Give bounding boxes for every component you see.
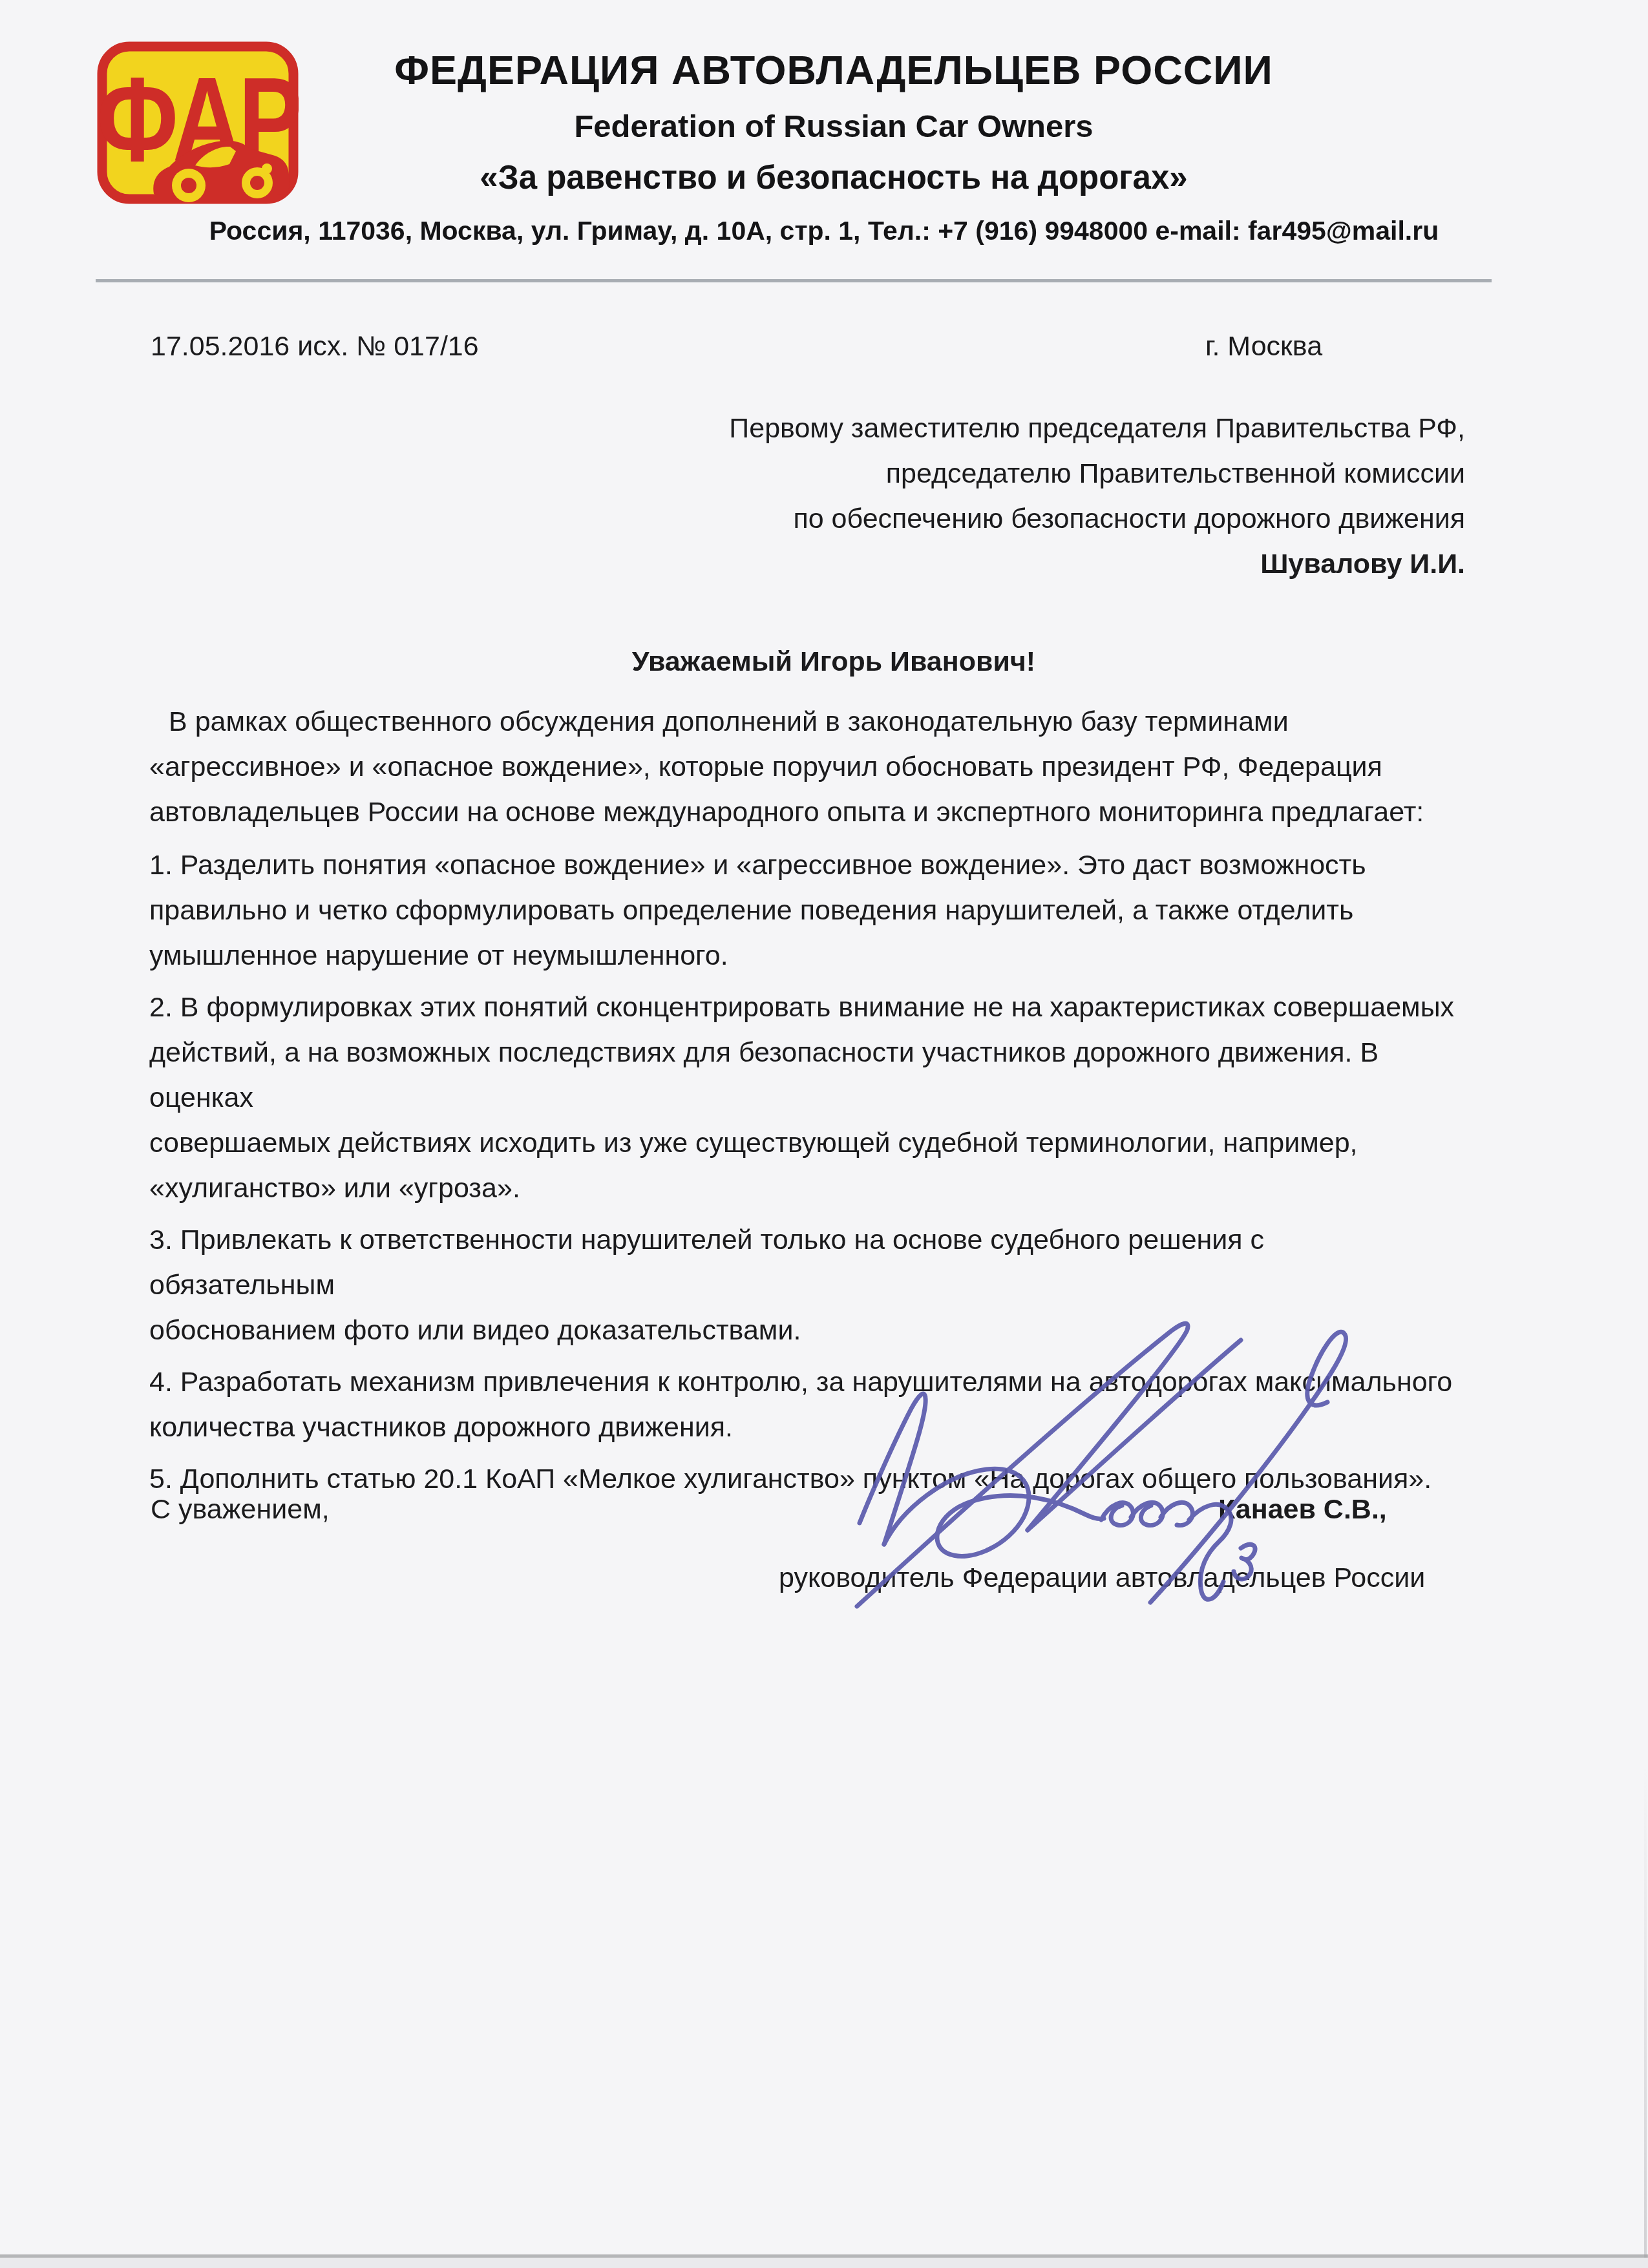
recipient-line: председателю Правительственной комиссии [729,451,1465,496]
org-title-en: Federation of Russian Car Owners [213,111,1454,143]
letter-body: В рамках общественного обсуждения дополн… [149,699,1456,1508]
org-title-ru: ФЕДЕРАЦИЯ АВТОВЛАДЕЛЬЦЕВ РОССИИ [213,49,1454,92]
salutation: Уважаемый Игорь Иванович! [213,646,1454,678]
recipient-line: по обеспечению безопасности дорожного дв… [729,496,1465,541]
header-divider [96,279,1492,282]
proposal-list: 1. Разделить понятия «опасное вождение» … [149,843,1456,1502]
org-slogan: «За равенство и безопасность на дорогах» [213,161,1454,194]
proposal-item: 3. Привлекать к ответственности нарушите… [149,1217,1456,1353]
scanned-letter-page: ФАР ФЕДЕРАЦИЯ АВТОВЛАДЕЛЬЦЕВ РОССИИ Fede… [0,0,1648,2268]
org-contact-line: Россия, 117036, Москва, ул. Гримау, д. 1… [6,216,1642,246]
signer-title: руководитель Федерации автовладельцев Ро… [779,1562,1425,1594]
signer-name: Канаев С.В., [1218,1494,1387,1526]
letterhead: ФЕДЕРАЦИЯ АВТОВЛАДЕЛЬЦЕВ РОССИИ Federati… [213,49,1454,194]
intro-paragraph: В рамках общественного обсуждения дополн… [149,699,1456,835]
recipient-lines: Первому заместителю председателя Правите… [729,406,1465,541]
proposal-item: 2. В формулировках этих понятий сконцент… [149,985,1456,1211]
proposal-item: 1. Разделить понятия «опасное вождение» … [149,843,1456,978]
scan-edge-below [0,2258,1648,2268]
date-reference: 17.05.2016 исх. № 017/16 [151,331,479,362]
recipient-name: Шувалову И.И. [729,541,1465,587]
recipient-block: Первому заместителю председателя Правите… [729,406,1465,587]
regards-label: С уважением, [151,1494,330,1526]
proposal-item: 4. Разработать механизм привлечения к ко… [149,1360,1456,1450]
recipient-line: Первому заместителю председателя Правите… [729,406,1465,451]
city-label: г. Москва [1205,331,1322,362]
scan-edge-right [1644,1767,1647,2258]
